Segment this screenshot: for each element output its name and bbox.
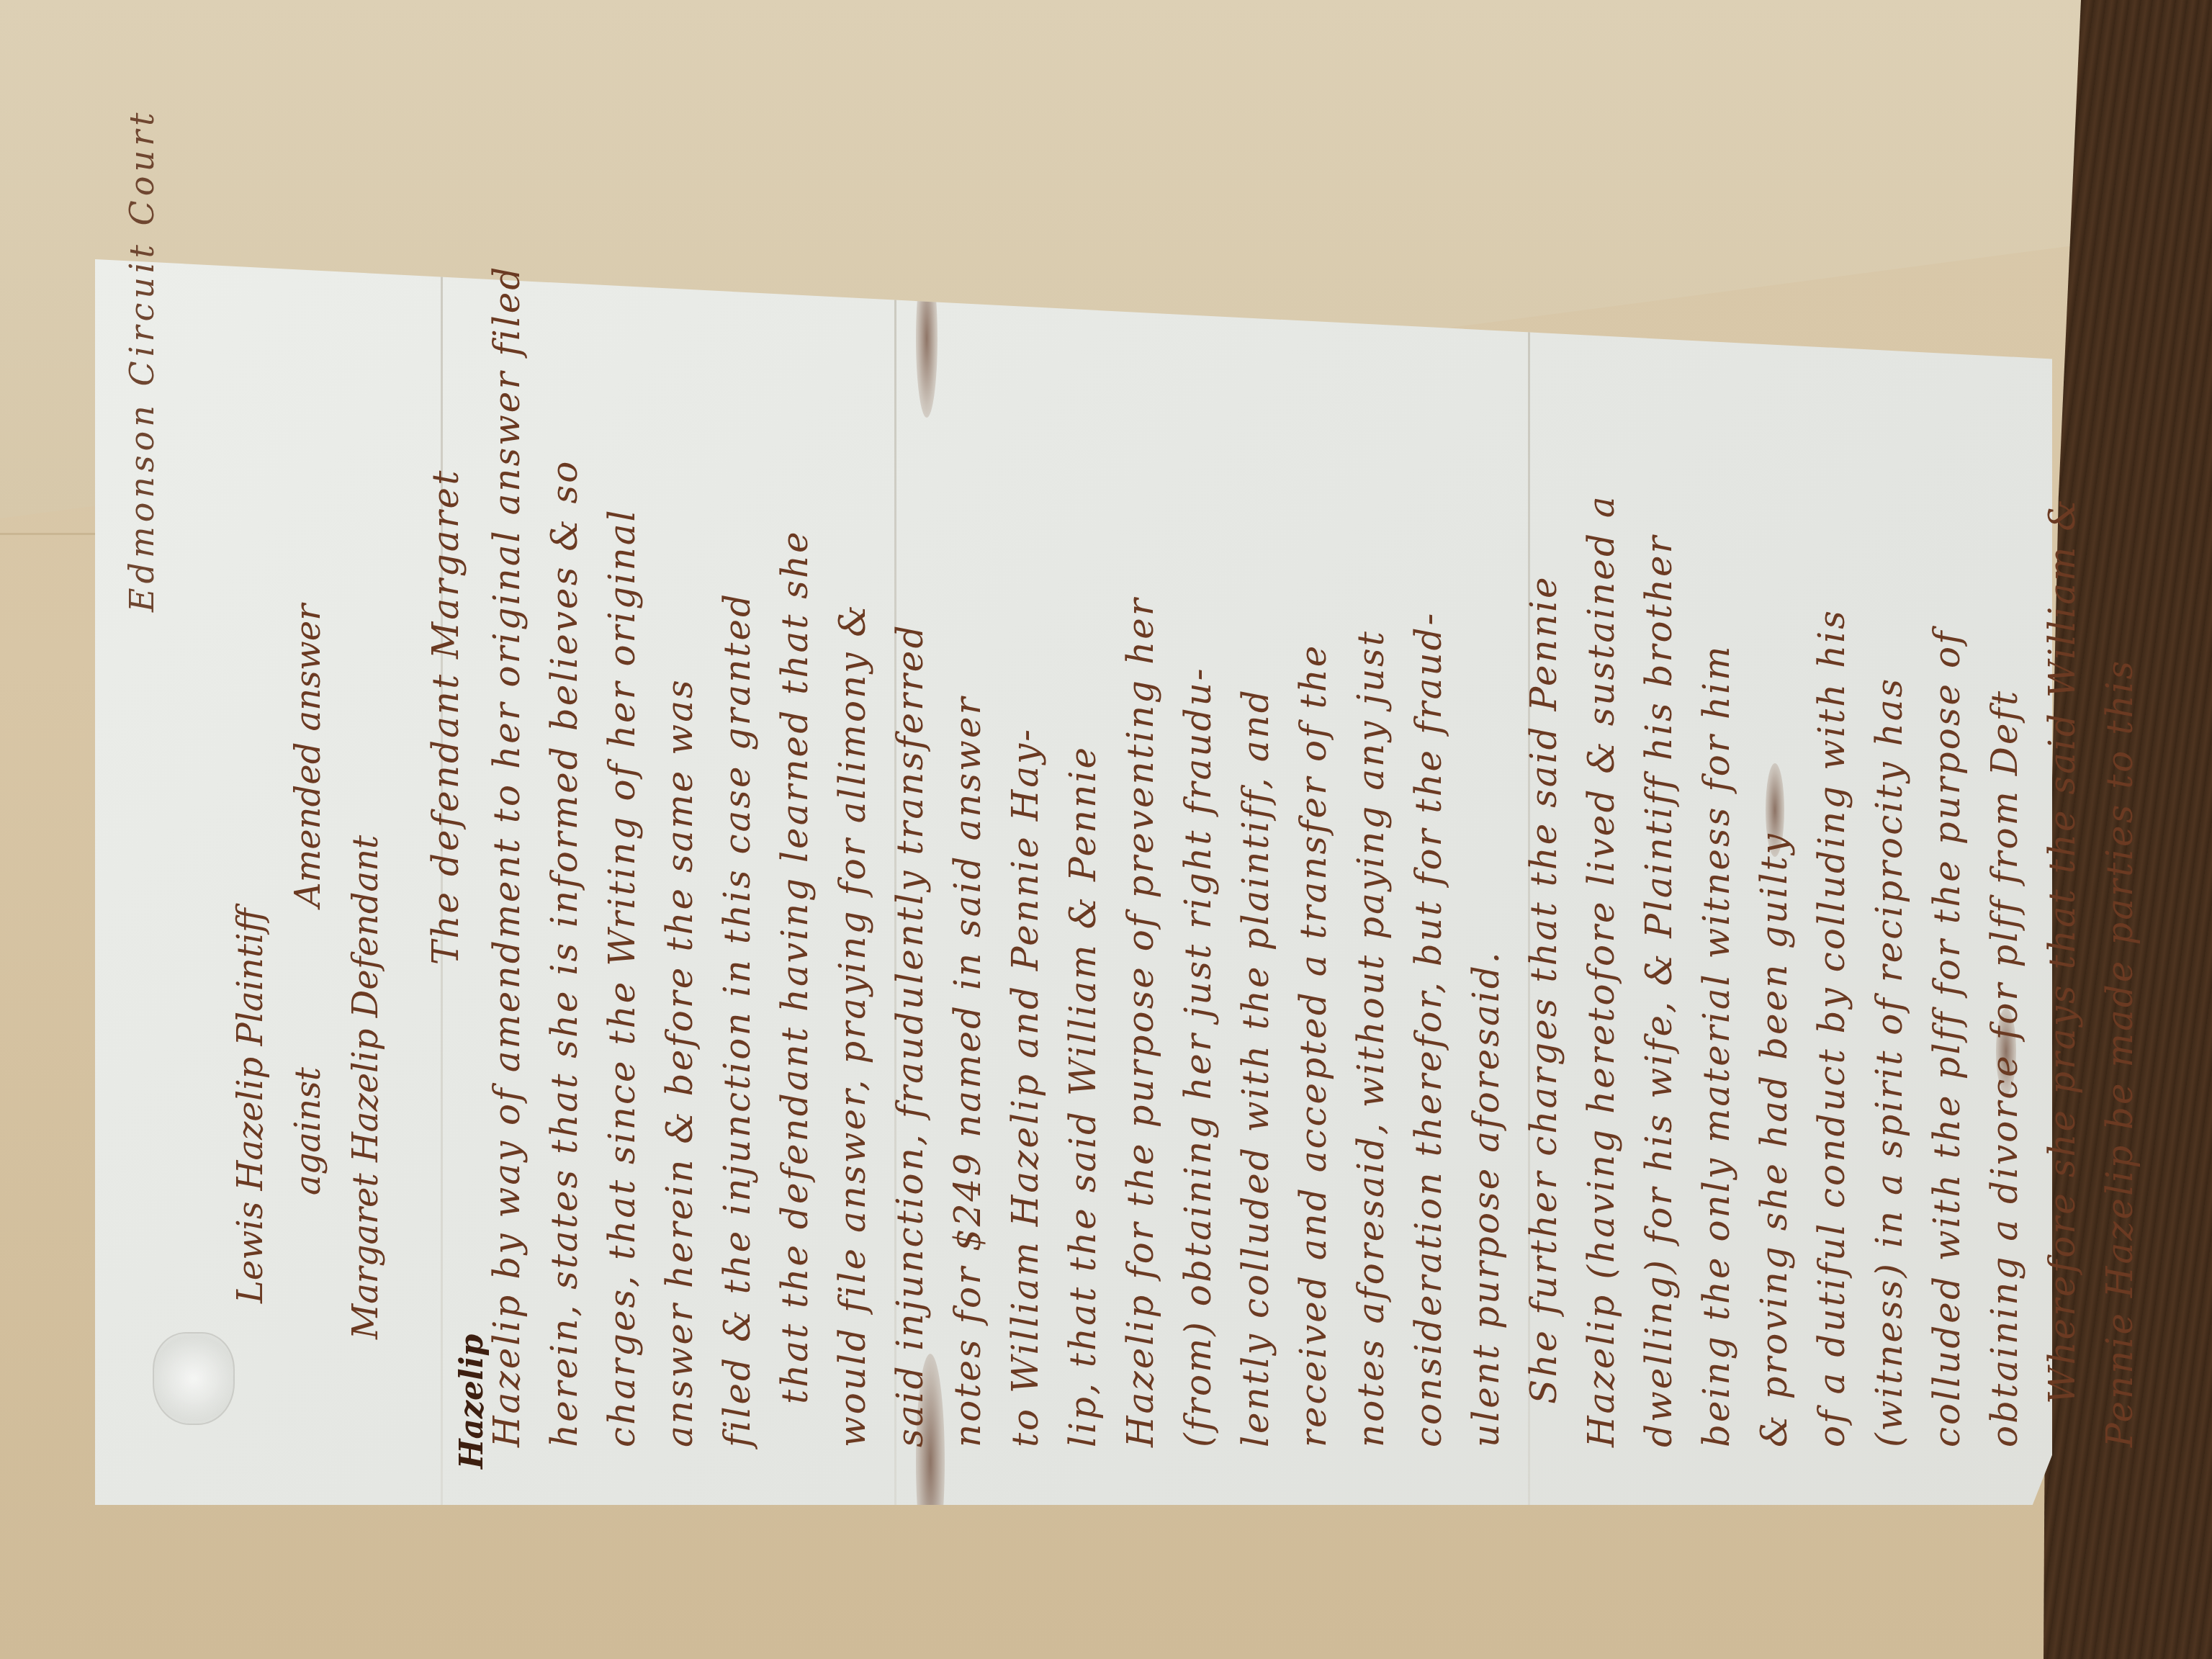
caption-title: Amended answer (288, 604, 328, 907)
document-line: filed & the injunction in this case gran… (716, 592, 758, 1447)
document-line: & proving she had been guilty (1753, 832, 1795, 1447)
caption-defendant: Margaret Hazelip Defendant (346, 835, 386, 1339)
document-text: Edmonson Circuit Court Lewis Hazelip Pla… (108, 274, 2016, 1498)
document-line: Hazelip for the purpose of preventing he… (1120, 596, 1161, 1447)
court-name: Edmonson Circuit Court (122, 108, 161, 612)
caption-plaintiff: Lewis Hazelip Plaintiff (230, 908, 271, 1303)
marginal-correction: Hazelip (454, 1334, 490, 1469)
document-line: dwelling) for his wife, & Plaintiff his … (1638, 534, 1680, 1447)
document-line: lip, that the said William & Pennie (1062, 745, 1104, 1447)
document-line: ulent purpose aforesaid. (1465, 950, 1507, 1447)
document-line: of a dutiful conduct by colluding with h… (1811, 608, 1853, 1447)
document-line: consideration therefor, but for the frau… (1408, 611, 1449, 1447)
document-line: The defendant Margaret (425, 469, 467, 965)
document-line: would file answer, praying for allimony … (832, 603, 873, 1447)
document-line: to William Hazelip and Pennie Hay- (1004, 727, 1046, 1447)
document-line: notes for $249 named in said answer (947, 696, 989, 1447)
document-line: (from) obtaining her just right fraudu- (1177, 666, 1219, 1447)
document-line: being the only material witness for him (1696, 644, 1737, 1447)
document-line: lently colluded with the plaintiff, and (1235, 688, 1277, 1447)
document-line: Hazelip by way of amendment to her origi… (486, 265, 528, 1447)
document-line: notes aforesaid, without paying any just (1350, 629, 1392, 1447)
document-line: said injunction, fraudulently transferre… (889, 624, 931, 1447)
document-line: She further charges that the said Pennie (1523, 575, 1565, 1405)
document-line: that the defendant having learned that s… (774, 529, 816, 1404)
document-line: Pennie Hazelip be made parties to this (2099, 659, 2141, 1447)
document-line: colluded with the plff for the purpose o… (1926, 629, 1968, 1447)
document-line: Wherefore she prays that the said Willia… (2041, 497, 2083, 1404)
document-line: charges, that since the Writing of her o… (601, 508, 643, 1447)
document-line: obtaining a divorce for plff from Deft (1984, 689, 2026, 1447)
document-line: herein, states that she is informed beli… (544, 459, 585, 1447)
document-line: Hazelip (having heretofore lived & susta… (1581, 494, 1622, 1447)
document-line: received and accepted a transfer of the (1292, 644, 1334, 1447)
caption-versus: against (288, 1067, 328, 1195)
document-line: answer herein & before the same was (659, 678, 701, 1447)
document-line: (witness) in a spirit of reciprocity has (1869, 677, 1910, 1447)
